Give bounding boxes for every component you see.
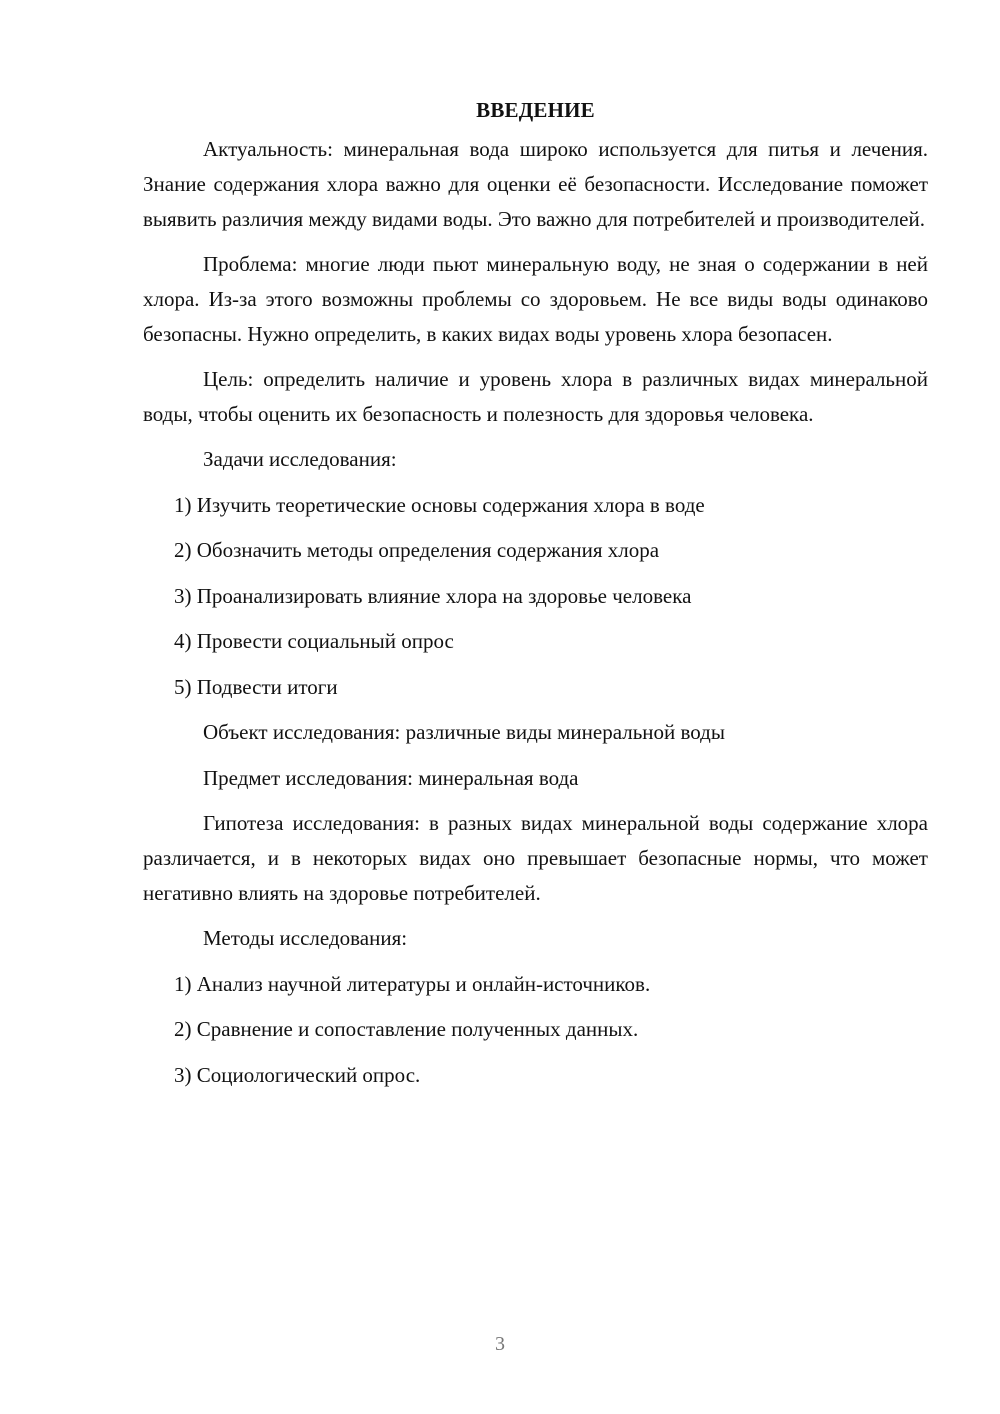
page-title: ВВЕДЕНИЕ bbox=[143, 92, 928, 128]
object-line: Объект исследования: различные виды мине… bbox=[143, 715, 928, 750]
hypothesis-paragraph: Гипотеза исследования: в разных видах ми… bbox=[143, 806, 928, 911]
task-item: 4) Провести социальный опрос bbox=[143, 624, 928, 659]
methods-list: 1) Анализ научной литературы и онлайн-ис… bbox=[143, 967, 928, 1093]
task-item: 2) Обозначить методы определения содержа… bbox=[143, 533, 928, 568]
method-item: 2) Сравнение и сопоставление полученных … bbox=[143, 1012, 928, 1047]
subject-line: Предмет исследования: минеральная вода bbox=[143, 761, 928, 796]
tasks-list: 1) Изучить теоретические основы содержан… bbox=[143, 488, 928, 705]
relevance-paragraph: Актуальность: минеральная вода широко ис… bbox=[143, 132, 928, 237]
document-page: ВВЕДЕНИЕ Актуальность: минеральная вода … bbox=[143, 92, 928, 1103]
task-item: 5) Подвести итоги bbox=[143, 670, 928, 705]
task-item: 3) Проанализировать влияние хлора на здо… bbox=[143, 579, 928, 614]
task-item: 1) Изучить теоретические основы содержан… bbox=[143, 488, 928, 523]
tasks-label: Задачи исследования: bbox=[143, 442, 928, 477]
goal-paragraph: Цель: определить наличие и уровень хлора… bbox=[143, 362, 928, 432]
page-number: 3 bbox=[0, 1333, 1000, 1356]
problem-paragraph: Проблема: многие люди пьют минеральную в… bbox=[143, 247, 928, 352]
method-item: 3) Социологический опрос. bbox=[143, 1058, 928, 1093]
method-item: 1) Анализ научной литературы и онлайн-ис… bbox=[143, 967, 928, 1002]
methods-label: Методы исследования: bbox=[143, 921, 928, 956]
